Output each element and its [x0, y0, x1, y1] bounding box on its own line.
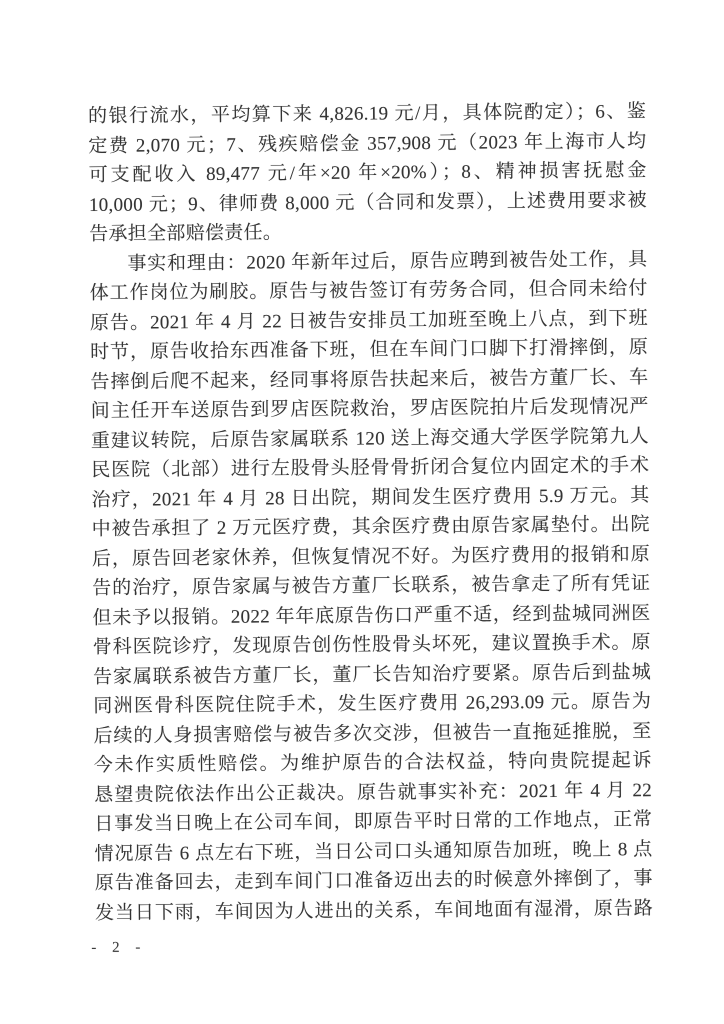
document-line: 同洲医骨科医院住院手术，发生医疗费用 26,293.09 元。原告为	[93, 687, 651, 721]
document-line: 恳望贵院依法作出公正裁决。原告就事实补充：2021 年 4 月 22	[94, 776, 652, 810]
document-line: 日事发当日晚上在公司车间，即原告平时日常的工作地点，正常	[94, 805, 652, 839]
document-line: 后，原告回老家休养，但恢复情况不好。为医疗费用的报销和原	[92, 540, 650, 574]
document-text-block: 的银行流水，平均算下来 4,826.19 元/月，具体院酌定）；6、鉴定费 2,…	[88, 97, 653, 928]
document-line: 发当日下雨，车间因为人进出的关系，车间地面有湿滑，原告路	[95, 894, 653, 928]
document-line: 可支配收入 89,477 元/年×20 年×20%）；8、精神损害抚慰金	[89, 156, 647, 190]
document-line: 时节，原告收拾东西准备下班，但在车间门口脚下打滑摔倒，原	[90, 333, 648, 367]
document-line: 体工作岗位为刷胶。原告与被告签订有劳务合同，但合同未给付	[90, 274, 648, 308]
document-line: 骨科医院诊疗，发现原告创伤性股骨头坏死，建议置换手术。原	[93, 628, 651, 662]
document-line: 后续的人身损害赔偿与被告多次交涉，但被告一直拖延推脱，至	[93, 717, 651, 751]
document-line: 间主任开车送原告到罗店医院救治，罗店医院拍片后发现情况严	[91, 392, 649, 426]
document-content: 的银行流水，平均算下来 4,826.19 元/月，具体院酌定）；6、鉴定费 2,…	[88, 97, 653, 957]
document-line: 10,000 元；9、律师费 8,000 元（合同和发票），上述费用要求被	[89, 186, 647, 220]
document-line: 事实和理由：2020 年新年过后，原告应聘到被告处工作，具	[89, 245, 647, 279]
page-number: - 2 -	[91, 935, 653, 957]
document-line: 治疗，2021 年 4 月 28 日出院，期间发生医疗费用 5.9 万元。其	[91, 481, 649, 515]
document-line: 但未予以报销。2022 年年底原告伤口严重不适，经到盐城同洲医	[92, 599, 650, 633]
document-line: 告摔倒后爬不起来，经同事将原告扶起来后，被告方董厂长、车	[90, 363, 648, 397]
document-line: 告家属联系被告方董厂长，董厂长告知治疗要紧。原告后到盐城	[93, 658, 651, 692]
document-line: 的银行流水，平均算下来 4,826.19 元/月，具体院酌定）；6、鉴	[88, 97, 646, 131]
document-line: 告的治疗，原告家属与被告方董厂长联系，被告拿走了所有凭证	[92, 569, 650, 603]
document-line: 告承担全部赔偿责任。	[89, 215, 647, 249]
document-line: 中被告承担了 2 万元医疗费，其余医疗费由原告家属垫付。出院	[92, 510, 650, 544]
document-line: 原告准备回去，走到车间门口准备迈出去的时候意外摔倒了，事	[95, 864, 653, 898]
document-line: 今未作实质性赔偿。为维护原告的合法权益，特向贵院提起诉讼，	[94, 746, 652, 780]
document-line: 民医院（北部）进行左股骨头胫骨骨折闭合复位内固定术的手术	[91, 451, 649, 485]
document-line: 情况原告 6 点左右下班，当日公司口头通知原告加班，晚上 8 点	[94, 835, 652, 869]
scanned-document-page: 的银行流水，平均算下来 4,826.19 元/月，具体院酌定）；6、鉴定费 2,…	[0, 0, 724, 1024]
document-line: 重建议转院，后原告家属联系 120 送上海交通大学医学院第九人	[91, 422, 649, 456]
document-line: 原告。2021 年 4 月 22 日被告安排员工加班至晚上八点，到下班	[90, 304, 648, 338]
document-line: 定费 2,070 元；7、残疾赔偿金 357,908 元（2023 年上海市人均	[88, 127, 646, 161]
